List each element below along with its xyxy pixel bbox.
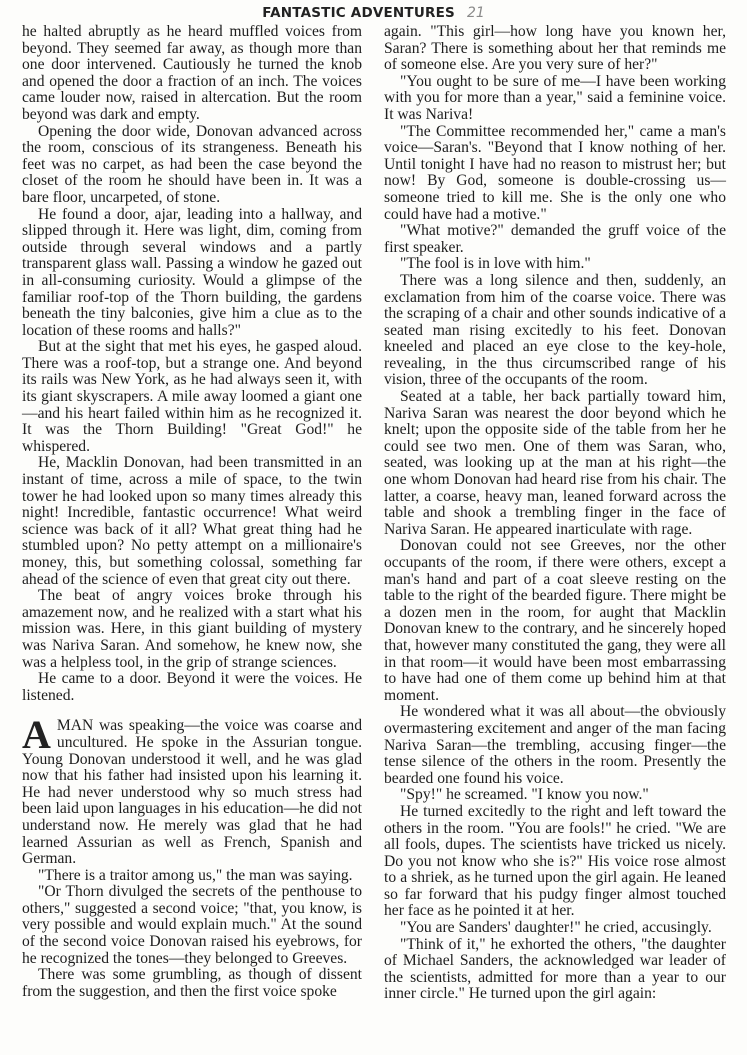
drop-cap: A xyxy=(22,720,51,750)
paragraph: "Or Thorn divulged the secrets of the pe… xyxy=(22,884,362,967)
paragraph: The beat of angry voices broke through h… xyxy=(22,588,362,671)
paragraph: Donovan could not see Greeves, nor the o… xyxy=(384,538,726,704)
paragraph: But at the sight that met his eyes, he g… xyxy=(22,339,362,455)
paragraph: he halted abruptly as he heard muffled v… xyxy=(22,24,362,124)
section-start: A MAN was speaking—the voice was coarse … xyxy=(22,718,362,867)
paragraph: He came to a door. Beyond it were the vo… xyxy=(22,671,362,704)
paragraph: "The fool is in love with him." xyxy=(384,256,726,273)
left-column: he halted abruptly as he heard muffled v… xyxy=(22,24,362,1000)
handwritten-page-number: 21 xyxy=(467,5,485,21)
magazine-title: FANTASTIC ADVENTURES xyxy=(262,5,455,21)
paragraph: "You are Sanders' daughter!" he cried, a… xyxy=(384,920,726,937)
paragraph: Seated at a table, her back partially to… xyxy=(384,389,726,538)
paragraph: "There is a traitor among us," the man w… xyxy=(22,868,362,885)
magazine-page: FANTASTIC ADVENTURES 21 he halted abrupt… xyxy=(0,0,747,1055)
paragraph: "Spy!" he screamed. "I know you now." xyxy=(384,787,726,804)
paragraph: again. "This girl—how long have you know… xyxy=(384,24,726,74)
page-header: FANTASTIC ADVENTURES 21 xyxy=(0,4,747,22)
paragraph: MAN was speaking—the voice was coarse an… xyxy=(22,718,362,867)
paragraph: He found a door, ajar, leading into a ha… xyxy=(22,207,362,340)
paragraph: He turned excitedly to the right and lef… xyxy=(384,804,726,920)
paragraph: He wondered what it was all about—the ob… xyxy=(384,704,726,787)
paragraph: There was a long silence and then, sudde… xyxy=(384,273,726,389)
paragraph: "What motive?" demanded the gruff voice … xyxy=(384,223,726,256)
paragraph: "You ought to be sure of me—I have been … xyxy=(384,74,726,124)
paragraph: "The Committee recommended her," came a … xyxy=(384,124,726,224)
paragraph: "Think of it," he exhorted the others, "… xyxy=(384,937,726,1003)
paragraph: There was some grumbling, as though of d… xyxy=(22,967,362,1000)
right-column: again. "This girl—how long have you know… xyxy=(384,24,726,1003)
paragraph: Opening the door wide, Donovan advanced … xyxy=(22,124,362,207)
paragraph: He, Macklin Donovan, had been transmitte… xyxy=(22,455,362,588)
